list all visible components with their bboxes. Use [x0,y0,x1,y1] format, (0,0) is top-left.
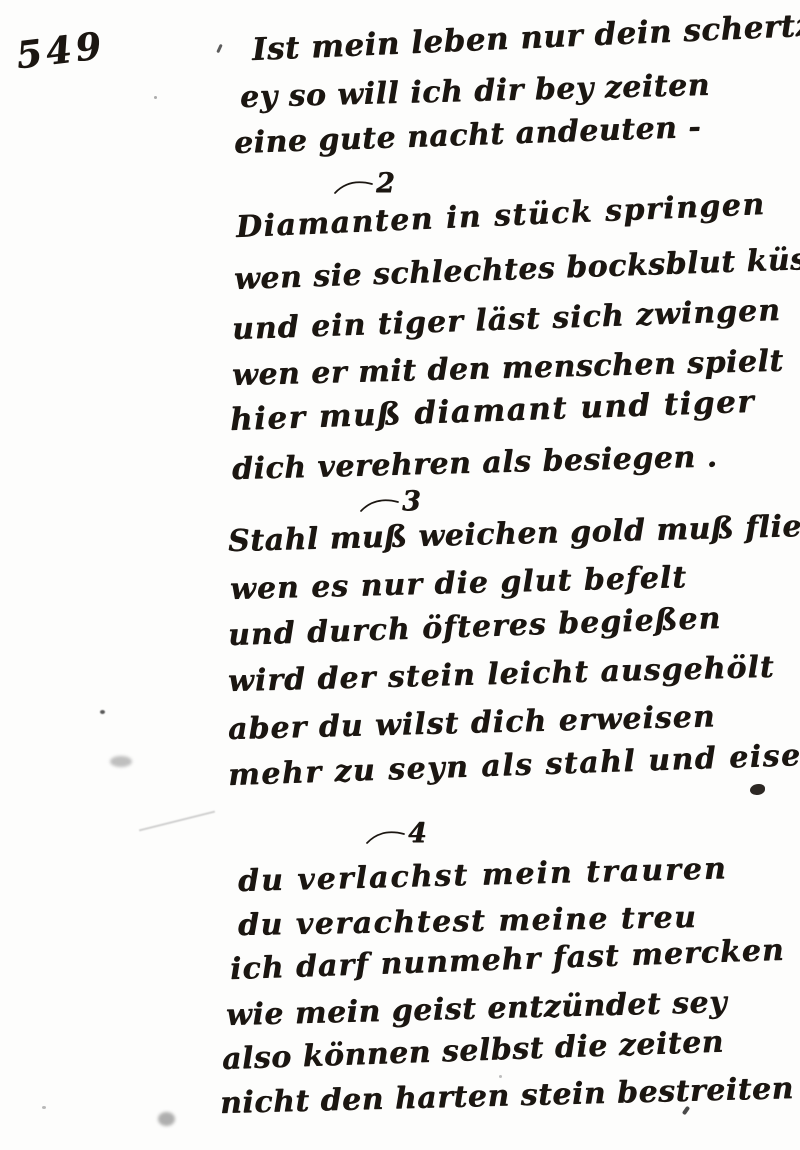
flourish-stroke [366,827,406,845]
poem-line: hier muß diamant und tiger [229,384,755,438]
scratch-mark [139,811,215,832]
poem-line: du verlachst mein trauren [238,851,729,899]
poem-line: also können selbst die zeiten [221,1024,724,1077]
ink-speck [100,710,105,714]
poem-line: ey so will ich dir bey zeiten [240,68,711,115]
poem-line: nicht den harten stein bestreiten [220,1071,795,1121]
ink-speck [154,96,157,99]
stanza-number-text: 2 [376,168,395,199]
poem-line: dich verehren als besiegen . [232,439,718,487]
flourish-stroke [334,177,374,195]
stanza-number: 3 [360,486,421,517]
poem-line: mehr zu seyn als stahl und eisen [227,737,800,793]
poem-line: Ist mein leben nur dein schertz [251,8,800,68]
poem-line: du verachtest meine treu [238,900,698,943]
poem-line: wie mein geist entzündet sey [226,985,728,1033]
ink-smudge [158,1112,175,1126]
poem-line: aber du wilst dich erweisen [228,699,716,747]
ink-speck [499,1075,502,1078]
poem-line: Diamanten in stück springen [235,187,766,245]
ink-smudge [110,756,132,767]
stanza-number-text: 4 [408,818,427,849]
page-number: 549 [14,23,108,78]
ink-speck [42,1106,46,1109]
flourish-stroke [360,495,400,513]
ink-speck [216,44,223,53]
stanza-number: 2 [334,168,395,199]
poem-line: wird der stein leicht ausgehölt [228,650,776,699]
poem-line: Stahl muß weichen gold muß fließen [228,507,800,559]
manuscript-page: 549 Ist mein leben nur dein schertz ey s… [0,0,800,1150]
ink-blot [750,784,765,795]
stanza-number-text: 3 [402,486,421,517]
poem-line: und durch öfteres begießen [227,601,721,653]
poem-line: eine gute nacht andeuten - [233,110,701,161]
stanza-number: 4 [366,818,427,849]
poem-line: wen sie schlechtes bocksblut küst [233,241,800,297]
poem-line: wen es nur die glut befelt [230,560,688,607]
poem-line: und ein tiger läst sich zwingen [231,293,781,347]
